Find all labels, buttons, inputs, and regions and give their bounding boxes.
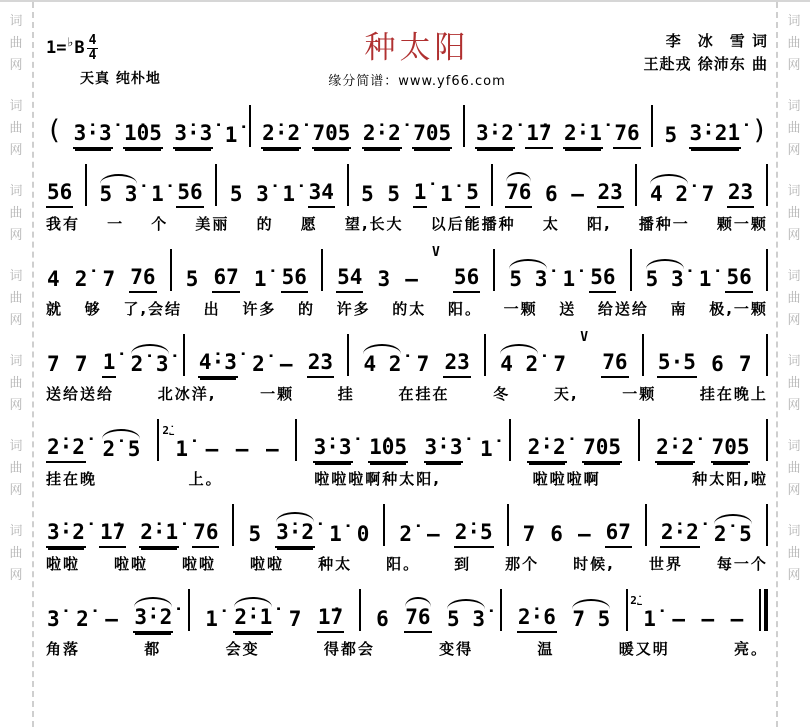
barline xyxy=(359,589,361,631)
lyric-word: 的太 xyxy=(392,298,426,319)
note-token: 5 xyxy=(247,524,262,548)
lyric-word: 上。 xyxy=(189,468,223,489)
note-token: 1̇7 xyxy=(525,123,552,149)
watermark-char: 词 xyxy=(0,355,32,368)
breath-mark: V xyxy=(432,245,440,260)
note-token: 3̇·2̇1̇ xyxy=(689,123,742,149)
lyric-word: 啦啦啦啊 xyxy=(533,468,601,489)
watermark-char: 曲 xyxy=(778,462,810,475)
barline xyxy=(766,164,768,206)
watermark-char: 曲 xyxy=(778,547,810,560)
note-token: 2̇ xyxy=(251,354,266,378)
lyric-word: 角落 xyxy=(46,638,80,659)
note-token: 4 2̇ xyxy=(649,184,689,208)
lyric-word: 南 xyxy=(671,298,688,319)
watermark-char: 网 xyxy=(0,59,32,72)
note-token: 23 xyxy=(597,182,624,208)
note-token: 1̇7 xyxy=(99,522,126,548)
note-token: 2̇·2̇ xyxy=(261,123,301,149)
note-token: 5 3̇ xyxy=(99,184,139,208)
note-token: 1̇ xyxy=(479,439,494,463)
note-token: 4 2̇ xyxy=(499,354,539,378)
key-note: B xyxy=(74,38,84,58)
note-token: 1̇ xyxy=(413,182,428,208)
note-token: 5 3̇ xyxy=(645,269,685,293)
lyric-word: 个 xyxy=(151,213,168,234)
note-token: 1̇05 xyxy=(123,123,163,149)
note-token: 1̇ xyxy=(204,609,219,633)
watermark-char: 网 xyxy=(0,314,32,327)
key-prefix: 1= xyxy=(46,38,66,58)
note-token: 6 xyxy=(549,524,564,548)
note-token: 7 xyxy=(74,354,89,378)
note-token: 2̇·1̇ xyxy=(233,607,273,633)
note-token: 76 xyxy=(613,123,640,149)
note-token: – xyxy=(404,269,419,293)
barline xyxy=(232,504,234,546)
lyricist-credit: 李 冰 雪 词 xyxy=(598,30,768,53)
lyric-word: 望,长大 xyxy=(345,213,404,234)
barline xyxy=(188,589,190,631)
barline xyxy=(766,249,768,291)
lyric-word: 极,一颗 xyxy=(709,298,768,319)
music-system: 42̇7765671̇56543–V565 3̇1̇565 3̇1̇56就够了,… xyxy=(46,243,768,319)
note-token: – xyxy=(426,524,441,548)
music-system: 565 3̇1̇5653̇1̇34551̇1̇5766–234 2̇723我有一… xyxy=(46,158,768,234)
note-token: 7 xyxy=(701,184,716,208)
lyric-word: 许多 xyxy=(242,298,276,319)
watermark-char: 曲 xyxy=(778,37,810,50)
watermark-char: 曲 xyxy=(778,207,810,220)
lyric-word: 挂在晚上 xyxy=(700,383,768,404)
note-token: – xyxy=(265,439,280,463)
watermark-char: 曲 xyxy=(0,37,32,50)
music-system: (3̇·3̇1̇053̇·3̇1̇2̇·2̇7052̇·2̇7053̇·2̇1̇… xyxy=(46,99,768,149)
lyric-word: 每一个 xyxy=(717,553,768,574)
note-token: 3̇·2̇ xyxy=(46,522,86,548)
barline xyxy=(766,334,768,376)
lyric-word: 啦啦 xyxy=(182,553,216,574)
lyric-word: 够 xyxy=(85,298,102,319)
watermark-char: 曲 xyxy=(0,547,32,560)
lyric-word: 得都会 xyxy=(324,638,375,659)
note-token: 5 3̇ xyxy=(446,609,486,633)
note-token: 23 xyxy=(307,352,334,378)
note-token: 6 xyxy=(710,354,725,378)
barline xyxy=(630,249,632,291)
watermark-char: 词 xyxy=(0,270,32,283)
score-header: 1=♭B44 天真 纯朴地 种太阳 缘分简谱：www.yf66.com 李 冰 … xyxy=(46,16,768,89)
barline xyxy=(157,419,159,461)
barline xyxy=(766,419,768,461)
note-token: 4 xyxy=(46,269,61,293)
lyrics-row: 送给送给北冰洋,一颗挂在挂在冬天,一颗挂在晚上 xyxy=(46,383,768,404)
note-token: 2̇·1̇ xyxy=(563,123,603,149)
credits-block: 李 冰 雪 词 王赴戎 徐沛东 曲 xyxy=(598,30,768,77)
lyrics-row: 挂在晚上。啦啦啦啊种太阳,啦啦啦啊种太阳,啦 xyxy=(46,468,768,489)
barline xyxy=(215,164,217,206)
lyric-word: 世界 xyxy=(649,553,683,574)
song-title: 种太阳 xyxy=(236,22,598,67)
note-token: 705 xyxy=(312,123,352,149)
watermark-char: 网 xyxy=(778,59,810,72)
note-token: 2̇ xyxy=(398,524,413,548)
watermark-char: 曲 xyxy=(0,377,32,390)
lyric-word: 就 xyxy=(46,298,63,319)
note-token: – xyxy=(700,609,715,633)
watermark-char: 曲 xyxy=(0,292,32,305)
note-token: 3̇·2̇ xyxy=(475,123,515,149)
note-token: 2̇·2̇ xyxy=(660,522,700,548)
lyric-word: 天, xyxy=(554,383,579,404)
lyric-word: 北冰洋, xyxy=(158,383,217,404)
lyric-word: 挂在晚 xyxy=(46,468,97,489)
barline xyxy=(463,105,465,147)
lyric-word: 冬 xyxy=(493,383,510,404)
watermark-char: 网 xyxy=(0,399,32,412)
music-system: 3̇·2̇1̇72̇·1̇7653̇·2̇1̇02̇–2̇·576–672̇·2… xyxy=(46,498,768,574)
lyric-word: 的 xyxy=(298,298,315,319)
note-token: 1̇05 xyxy=(368,437,408,463)
note-token: 2̇ 5 xyxy=(101,439,141,463)
note-token: 1̇2̇ xyxy=(174,439,189,463)
barline xyxy=(500,589,502,631)
note-token: 2̇·2̇ xyxy=(527,437,567,463)
lyrics-row: 啦啦啦啦啦啦啦啦种太阳。到那个时候,世界每一个 xyxy=(46,553,768,574)
watermark-char: 曲 xyxy=(778,122,810,135)
watermark-char: 词 xyxy=(778,270,810,283)
note-token: 3 xyxy=(377,269,392,293)
note-token: 2̇·2̇ xyxy=(655,437,695,463)
note-token: 1̇ xyxy=(253,269,268,293)
watermark-char: 词 xyxy=(0,185,32,198)
lyric-word: 到 xyxy=(454,553,471,574)
score: (3̇·3̇1̇053̇·3̇1̇2̇·2̇7052̇·2̇7053̇·2̇1̇… xyxy=(46,99,768,659)
lyric-word: 阳。 xyxy=(448,298,482,319)
watermark-char: 词 xyxy=(0,100,32,113)
notes-row: 2̇·2̇2̇ 51̇2̇–––3̇·3̇1̇053̇·3̇1̇2̇·2̇705… xyxy=(46,413,768,463)
note-token: 56 xyxy=(281,267,308,293)
composer-credit: 王赴戎 徐沛东 曲 xyxy=(598,53,768,76)
lyric-word: 温 xyxy=(537,638,554,659)
note-token: – xyxy=(577,524,592,548)
lyric-word: 挂 xyxy=(338,383,355,404)
grace-note: 2̇ xyxy=(630,595,642,607)
lyric-word: 愿 xyxy=(301,213,318,234)
note-token: 7 xyxy=(522,524,537,548)
lyrics-row: 就够了,会结出许多的许多的太阳。一颗送给送给南极,一颗 xyxy=(46,298,768,319)
note-token: 7 5 xyxy=(571,609,611,633)
note-token: 5 xyxy=(185,269,200,293)
note-token: 54 xyxy=(336,267,363,293)
note-token: 1̇ xyxy=(439,184,454,208)
note-token: 67 xyxy=(605,522,632,548)
note-token: 1̇ xyxy=(150,184,165,208)
grace-note: 2̇ xyxy=(162,425,174,437)
note-token: 705 xyxy=(582,437,622,463)
barline xyxy=(295,419,297,461)
notes-row: 771̇2̇ 3̇4̇·3̇2̇–234 2̇7234 2̇7V765·567 xyxy=(46,328,768,378)
note-token: 5 3̇ xyxy=(508,269,548,293)
lyric-word: 在挂在 xyxy=(398,383,449,404)
watermark-char: 网 xyxy=(778,229,810,242)
intro-paren: ) xyxy=(752,117,768,149)
final-barline xyxy=(759,589,768,631)
note-token: 5·5 xyxy=(657,352,697,378)
lyrics-row: 我有一个美丽的愿望,长大以后能播种太阳,播种一颗一颗 xyxy=(46,213,768,234)
barline xyxy=(383,504,385,546)
note-token: 7 xyxy=(552,354,567,378)
lyric-word: 啦啦 xyxy=(250,553,284,574)
note-token: 67 xyxy=(212,267,239,293)
note-token: – xyxy=(104,609,119,633)
note-token: 2̇·6 xyxy=(517,607,557,633)
note-token: 7 xyxy=(738,354,753,378)
lyric-word: 那个 xyxy=(505,553,539,574)
note-token: – xyxy=(570,184,585,208)
lyric-word: 一颗 xyxy=(504,298,538,319)
lyric-word: 都 xyxy=(144,638,161,659)
notes-row: 3̇2̇–3̇·2̇1̇2̇·1̇71̇76765 3̇2̇·67 51̇2̇–… xyxy=(46,583,768,633)
note-token: – xyxy=(730,609,745,633)
note-token: 1̇7 xyxy=(317,607,344,633)
time-signature: 44 xyxy=(87,34,99,62)
lyric-word: 美丽 xyxy=(195,213,229,234)
note-token: 23 xyxy=(727,182,754,208)
lyric-word: 以后能播种 xyxy=(431,213,516,234)
watermark-char: 曲 xyxy=(0,207,32,220)
watermark-char: 词 xyxy=(778,15,810,28)
barline xyxy=(183,334,185,376)
lyric-word: 亮。 xyxy=(734,638,768,659)
note-token: 1̇ xyxy=(102,352,117,378)
watermark-char: 网 xyxy=(778,484,810,497)
sheet-music-page: 词曲网词曲网词曲网词曲网词曲网词曲网词曲网 词曲网词曲网词曲网词曲网词曲网词曲网… xyxy=(0,0,810,727)
lyric-word: 出 xyxy=(204,298,221,319)
note-token: 2̇ 5 xyxy=(713,524,753,548)
watermark-char: 网 xyxy=(778,314,810,327)
note-token: 3̇·2̇ xyxy=(133,607,173,633)
note-token: 2̇·5 xyxy=(454,522,494,548)
notes-row: (3̇·3̇1̇053̇·3̇1̇2̇·2̇7052̇·2̇7053̇·2̇1̇… xyxy=(46,99,768,149)
watermark-char: 网 xyxy=(0,144,32,157)
watermark-char: 网 xyxy=(778,399,810,412)
note-token: 76 xyxy=(129,267,156,293)
note-token: – xyxy=(671,609,686,633)
time-signature-denominator: 4 xyxy=(89,49,97,63)
note-token: 56 xyxy=(453,267,480,293)
lyric-word: 啦啦啦啊种太阳, xyxy=(314,468,441,489)
lyric-word: 变得 xyxy=(439,638,473,659)
note-token: 76 xyxy=(505,182,532,208)
time-signature-numerator: 4 xyxy=(87,34,99,49)
watermark-char: 词 xyxy=(0,525,32,538)
title-block: 种太阳 缘分简谱：www.yf66.com xyxy=(236,16,598,89)
note-token: 5 xyxy=(360,184,375,208)
watermark-char: 词 xyxy=(0,440,32,453)
barline xyxy=(491,164,493,206)
note-token: 5 xyxy=(386,184,401,208)
lyric-word: 送 xyxy=(559,298,576,319)
watermark-char: 网 xyxy=(0,569,32,582)
notes-row: 565 3̇1̇5653̇1̇34551̇1̇5766–234 2̇723 xyxy=(46,158,768,208)
note-token: 4̇·3̇ xyxy=(198,352,238,378)
note-token: 2̇·2̇ xyxy=(46,437,86,463)
note-token: 5 xyxy=(663,125,678,149)
lyric-word: 一颗 xyxy=(622,383,656,404)
note-token: 1̇2̇ xyxy=(642,609,657,633)
music-system: 2̇·2̇2̇ 51̇2̇–––3̇·3̇1̇053̇·3̇1̇2̇·2̇705… xyxy=(46,413,768,489)
watermark-char: 网 xyxy=(0,229,32,242)
note-token: – xyxy=(235,439,250,463)
lyric-word: 种太 xyxy=(318,553,352,574)
note-token: 7 xyxy=(416,354,431,378)
barline xyxy=(766,504,768,546)
note-token: 6 xyxy=(544,184,559,208)
watermark-rail-left: 词曲网词曲网词曲网词曲网词曲网词曲网词曲网 xyxy=(0,2,34,727)
barline xyxy=(347,334,349,376)
lyric-word: 一 xyxy=(107,213,124,234)
note-token: 76 xyxy=(601,352,628,378)
breath-mark: V xyxy=(580,330,588,345)
watermark-char: 词 xyxy=(778,185,810,198)
barline xyxy=(642,334,644,376)
lyric-word: 了,会结 xyxy=(123,298,182,319)
watermark-char: 词 xyxy=(778,355,810,368)
watermark-char: 词 xyxy=(778,525,810,538)
notes-row: 3̇·2̇1̇72̇·1̇7653̇·2̇1̇02̇–2̇·576–672̇·2… xyxy=(46,498,768,548)
lyric-word: 太 xyxy=(543,213,560,234)
lyric-word: 送给送给 xyxy=(46,383,114,404)
lyric-word: 播种一 xyxy=(639,213,690,234)
lyric-word: 一颗 xyxy=(260,383,294,404)
key-block: 1=♭B44 天真 纯朴地 xyxy=(46,34,236,88)
note-token: 7 xyxy=(102,269,117,293)
note-token: 1̇ xyxy=(328,524,343,548)
lyric-word: 会变 xyxy=(226,638,260,659)
source-watermark: 缘分简谱：www.yf66.com xyxy=(236,70,598,89)
key-signature: 1=♭B44 xyxy=(46,34,236,62)
music-system: 3̇2̇–3̇·2̇1̇2̇·1̇71̇76765 3̇2̇·67 51̇2̇–… xyxy=(46,583,768,659)
barline xyxy=(645,504,647,546)
note-token: 0 xyxy=(356,524,371,548)
lyric-word: 给送给 xyxy=(598,298,649,319)
watermark-char: 网 xyxy=(778,569,810,582)
watermark-char: 网 xyxy=(778,144,810,157)
barline xyxy=(509,419,511,461)
watermark-char: 曲 xyxy=(778,292,810,305)
barline xyxy=(638,419,640,461)
barline xyxy=(507,504,509,546)
note-token: 56 xyxy=(725,267,752,293)
note-token: 2̇ xyxy=(74,269,89,293)
lyric-word: 我有 xyxy=(46,213,80,234)
note-token: 705 xyxy=(711,437,751,463)
note-token: 76 xyxy=(404,607,431,633)
lyrics-row: 角落都会变得都会变得温暖又明亮。 xyxy=(46,638,768,659)
note-token: 7 xyxy=(46,354,61,378)
note-token: 1̇ xyxy=(224,125,239,149)
barline xyxy=(493,249,495,291)
note-token: 5 xyxy=(465,182,480,208)
note-token: 23 xyxy=(443,352,470,378)
lyric-word: 种太阳,啦 xyxy=(692,468,768,489)
note-token: 1̇ xyxy=(281,184,296,208)
barline xyxy=(347,164,349,206)
lyric-word: 的 xyxy=(257,213,274,234)
note-token: 1̇ xyxy=(561,269,576,293)
note-token: 76 xyxy=(192,522,219,548)
note-token: 56 xyxy=(589,267,616,293)
note-token: 2̇·2̇ xyxy=(362,123,402,149)
note-token: 3̇·3̇ xyxy=(173,123,213,149)
note-token: 5 xyxy=(229,184,244,208)
barline xyxy=(635,164,637,206)
note-token: 34 xyxy=(308,182,335,208)
note-token: 1̇ xyxy=(698,269,713,293)
barline xyxy=(626,589,628,631)
note-token: 3̇·3̇ xyxy=(73,123,113,149)
notes-row: 42̇7765671̇56543–V565 3̇1̇565 3̇1̇56 xyxy=(46,243,768,293)
music-system: 771̇2̇ 3̇4̇·3̇2̇–234 2̇7234 2̇7V765·567送… xyxy=(46,328,768,404)
lyric-word: 许多 xyxy=(337,298,371,319)
note-token: 3̇ xyxy=(255,184,270,208)
lyric-word: 暖又明 xyxy=(619,638,670,659)
barline xyxy=(170,249,172,291)
note-token: 4 2̇ xyxy=(362,354,402,378)
watermark-char: 词 xyxy=(0,15,32,28)
tempo-marking: 天真 纯朴地 xyxy=(80,68,236,88)
barline xyxy=(651,105,653,147)
barline xyxy=(85,164,87,206)
note-token: 705 xyxy=(412,123,452,149)
score-content: 1=♭B44 天真 纯朴地 种太阳 缘分简谱：www.yf66.com 李 冰 … xyxy=(46,2,768,668)
watermark-char: 词 xyxy=(778,440,810,453)
note-token: 56 xyxy=(176,182,203,208)
note-token: 3̇·3̇ xyxy=(313,437,353,463)
lyric-word: 阳, xyxy=(587,213,612,234)
lyric-word: 时候, xyxy=(573,553,615,574)
note-token: 7 xyxy=(288,609,303,633)
note-token: 56 xyxy=(46,182,73,208)
watermark-char: 词 xyxy=(778,100,810,113)
watermark-char: 曲 xyxy=(778,377,810,390)
watermark-char: 曲 xyxy=(0,462,32,475)
note-token: 2̇ 3̇ xyxy=(130,354,170,378)
note-token: 6 xyxy=(375,609,390,633)
lyric-word: 啦啦 xyxy=(114,553,148,574)
watermark-char: 曲 xyxy=(0,122,32,135)
watermark-rail-right: 词曲网词曲网词曲网词曲网词曲网词曲网词曲网 xyxy=(776,2,810,727)
barline xyxy=(249,105,251,147)
note-token: 3̇·3̇ xyxy=(424,437,464,463)
barline xyxy=(321,249,323,291)
lyric-word: 啦啦 xyxy=(46,553,80,574)
lyric-word: 阳。 xyxy=(386,553,420,574)
note-token: 3̇ xyxy=(46,609,61,633)
barline xyxy=(484,334,486,376)
note-token: 2̇ xyxy=(75,609,90,633)
note-token: – xyxy=(279,354,294,378)
note-token: – xyxy=(205,439,220,463)
lyric-word: 颗一颗 xyxy=(717,213,768,234)
watermark-char: 网 xyxy=(0,484,32,497)
note-token: 3̇·2̇ xyxy=(275,522,315,548)
intro-paren: ( xyxy=(46,117,62,149)
note-token: 2̇·1̇ xyxy=(139,522,179,548)
